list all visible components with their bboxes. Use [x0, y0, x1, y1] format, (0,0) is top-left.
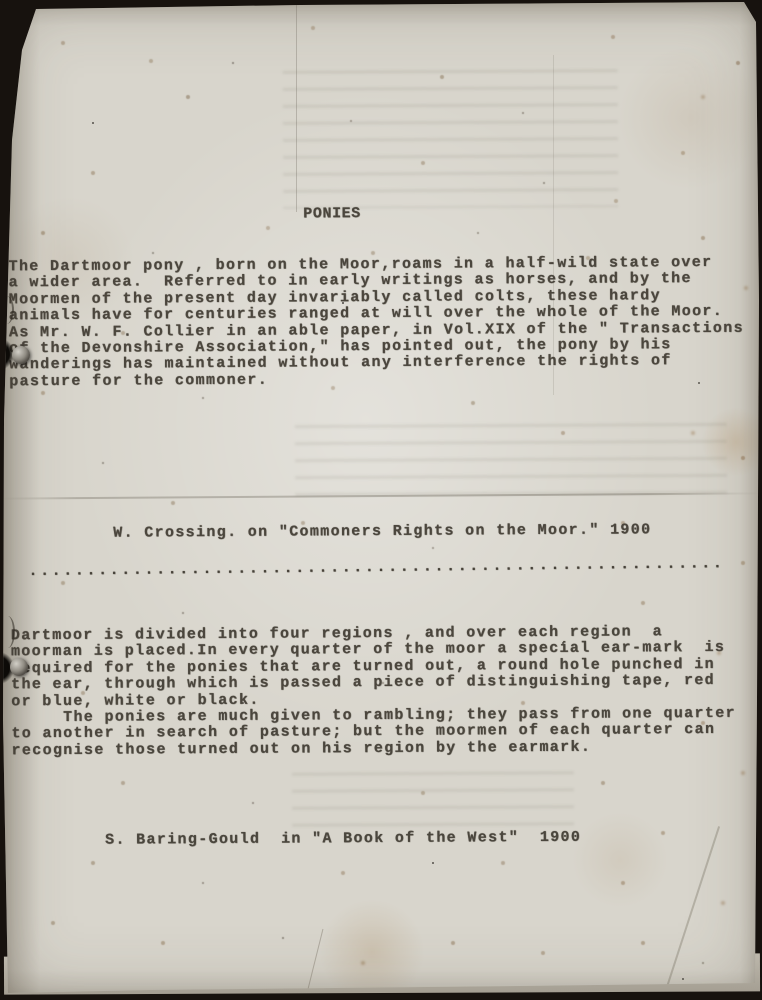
citation-crossing: W. Crossing. on "Commoners Rights on the… — [113, 522, 651, 542]
page-content: PONIES The Dartmoor pony , born on the M… — [0, 0, 762, 1000]
foxing-spots — [0, 0, 2, 2]
paragraph-four-regions: Dartmoor is divided into four regions , … — [11, 624, 736, 760]
dotted-separator: ........................................… — [28, 556, 724, 580]
scanned-page-photo: PONIES The Dartmoor pony , born on the M… — [0, 0, 762, 1000]
binder-grommet-icon — [12, 346, 30, 364]
typewritten-page: PONIES The Dartmoor pony , born on the M… — [0, 0, 762, 1000]
paragraph-dartmoor-pony: The Dartmoor pony , born on the Moor,roa… — [9, 255, 745, 391]
citation-baring-gould: S. Baring-Gould in "A Book of the West" … — [105, 830, 581, 849]
page-title: PONIES — [303, 206, 361, 223]
binder-grommet-icon — [10, 658, 28, 676]
